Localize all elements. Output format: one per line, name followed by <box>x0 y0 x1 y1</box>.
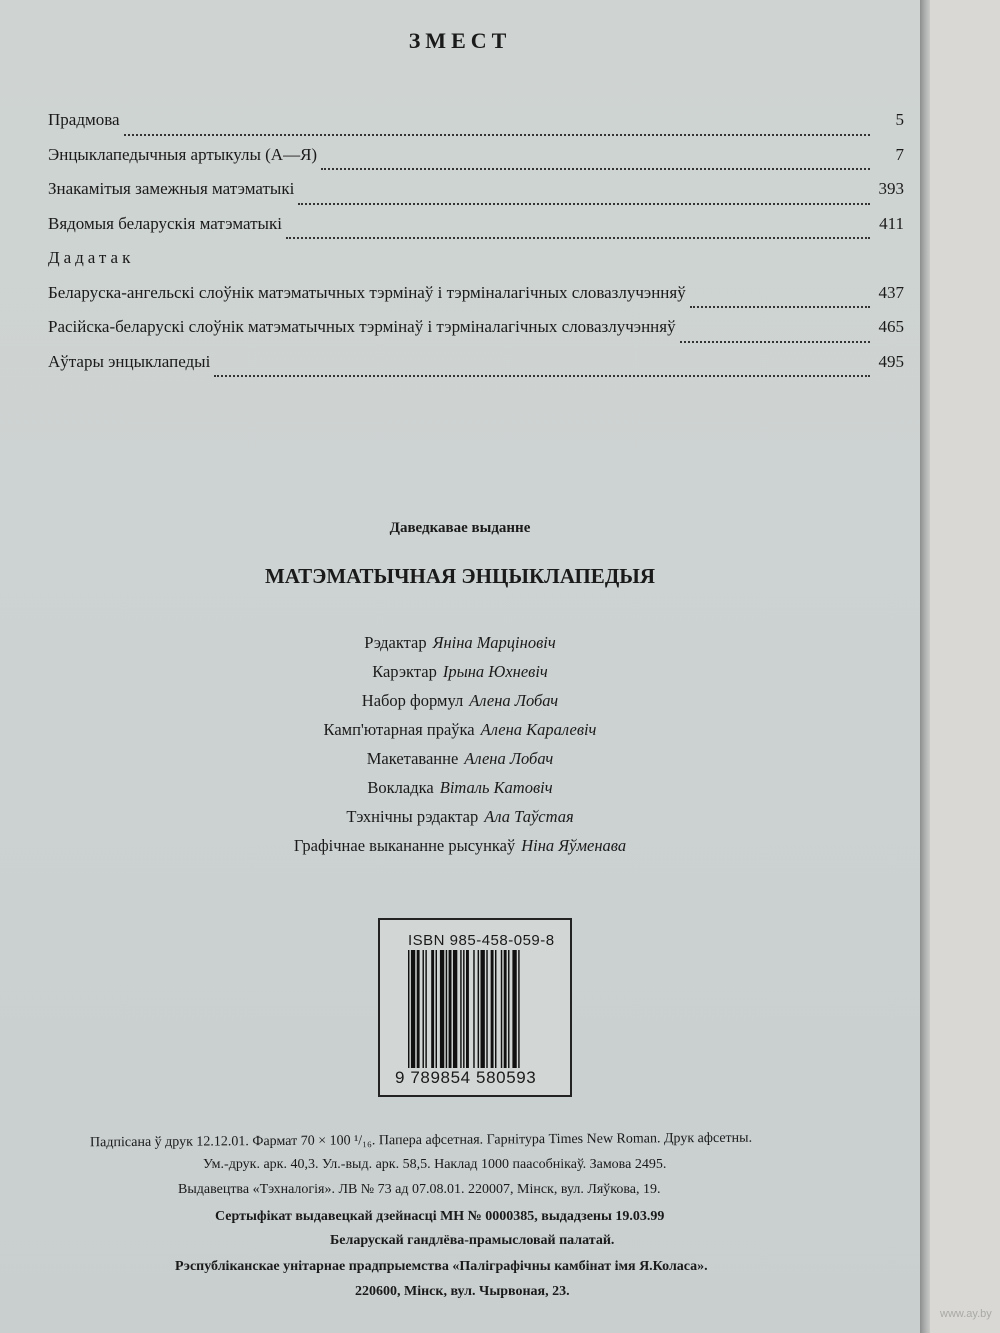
credit-name: Віталь Катовіч <box>440 778 553 797</box>
credit-role: Камп'ютарная праўка <box>324 720 475 739</box>
credit-name: Ніна Яўменава <box>521 836 626 855</box>
dot-leader <box>298 202 870 205</box>
toc-entry-page: 465 <box>874 317 904 337</box>
toc-entry-page: 393 <box>874 179 904 199</box>
toc-entry: Вядомыя беларускія матэматыкі 411 <box>48 214 904 249</box>
toc-entry: Энцыклапедычныя артыкулы (А—Я) 7 <box>48 145 904 180</box>
toc-entry-label: Энцыклапедычныя артыкулы (А—Я) <box>48 145 317 165</box>
imprint-line: Беларускай гандлёва-прамысловай палатай. <box>330 1233 614 1249</box>
page-spine-edge <box>920 0 930 1333</box>
credit-name: Алена Лобач <box>464 749 553 768</box>
toc-entry-page: 495 <box>874 352 904 372</box>
imprint-line: Падпісана ў друк 12.12.01. Фармат 70 × 1… <box>90 1131 752 1152</box>
credit-row: МакетаваннеАлена Лобач <box>0 749 920 778</box>
isbn-label: ISBN 985-458-059-8 <box>408 932 555 949</box>
dot-leader <box>321 167 870 170</box>
imprint-line: Рэспубліканскае унітарнае прадпрыемства … <box>175 1259 708 1275</box>
toc-entry-label: Знакамітыя замежныя матэматыкі <box>48 179 294 199</box>
toc-entry-page: 5 <box>874 110 904 130</box>
credit-name: Ірына Юхневіч <box>443 662 548 681</box>
toc-entry-label: Расійска-беларускі слоўнік матэматычных … <box>48 317 676 337</box>
imprint-line: Ум.-друк. арк. 40,3. Ул.-выд. арк. 58,5.… <box>203 1157 666 1173</box>
toc-entry-label: Вядомыя беларускія матэматыкі <box>48 214 282 234</box>
toc-entry-page: 437 <box>874 283 904 303</box>
credit-role: Вокладка <box>367 778 433 797</box>
credit-name: Алена Каралевіч <box>481 720 597 739</box>
credit-row: Графічнае выкананне рысункаўНіна Яўменав… <box>0 836 920 865</box>
credit-role: Рэдактар <box>364 633 426 652</box>
credits-list: РэдактарЯніна Марціновіч КарэктарІрына Ю… <box>0 633 920 865</box>
credit-row: ВокладкаВіталь Катовіч <box>0 778 920 807</box>
credit-role: Графічнае выкананне рысункаў <box>294 836 515 855</box>
imprint-line: Сертыфікат выдавецкай дзейнасці МН № 000… <box>215 1209 664 1225</box>
toc-entry: Аўтары энцыклапедыі 495 <box>48 352 904 387</box>
dot-leader <box>124 133 870 136</box>
toc-entry: Расійска-беларускі слоўнік матэматычных … <box>48 317 904 352</box>
watermark: www.ay.by <box>940 1308 992 1320</box>
credit-name: Ала Таўстая <box>484 807 573 826</box>
ean-number: 9 789854 580593 <box>394 1068 537 1088</box>
toc-entry: Прадмова 5 <box>48 110 904 145</box>
credit-name: Алена Лобач <box>469 691 558 710</box>
edition-type: Даведкавае выданне <box>0 520 920 537</box>
book-page: ЗМЕСТ Прадмова 5 Энцыклапедычныя артыкул… <box>0 0 920 1333</box>
imprint-line: Выдавецтва «Тэхналогія». ЛВ № 73 ад 07.0… <box>178 1182 661 1198</box>
dot-leader <box>214 374 870 377</box>
dot-leader <box>286 236 870 239</box>
toc-entry-label: Прадмова <box>48 110 120 130</box>
adjacent-page <box>930 0 1000 1333</box>
toc-entry: Знакамітыя замежныя матэматыкі 393 <box>48 179 904 214</box>
toc-entry: Беларуска-ангельскі слоўнік матэматычных… <box>48 283 904 318</box>
table-of-contents: Прадмова 5 Энцыклапедычныя артыкулы (А—Я… <box>48 110 904 386</box>
toc-entry-label: Беларуска-ангельскі слоўнік матэматычных… <box>48 283 686 303</box>
toc-entry-page: 7 <box>874 145 904 165</box>
toc-entry-page: 411 <box>874 214 904 234</box>
credit-name: Яніна Марціновіч <box>433 633 556 652</box>
toc-entry-label: Аўтары энцыклапедыі <box>48 352 210 372</box>
imprint-line: 220600, Мінск, вул. Чырвоная, 23. <box>355 1284 570 1300</box>
credit-role: Карэктар <box>372 662 437 681</box>
toc-appendix-heading: Дадатак <box>48 248 904 283</box>
credit-row: КарэктарІрына Юхневіч <box>0 662 920 691</box>
credit-row: РэдактарЯніна Марціновіч <box>0 633 920 662</box>
dot-leader <box>680 340 870 343</box>
credit-row: Набор формулАлена Лобач <box>0 691 920 720</box>
credit-role: Макетаванне <box>367 749 459 768</box>
credit-row: Тэхнічны рэдактарАла Таўстая <box>0 807 920 836</box>
isbn-barcode-box: ISBN 985-458-059-8 9 789854 580593 <box>378 918 572 1097</box>
credit-row: Камп'ютарная праўкаАлена Каралевіч <box>0 720 920 749</box>
dot-leader <box>690 305 870 308</box>
credit-role: Тэхнічны рэдактар <box>346 807 478 826</box>
toc-title: ЗМЕСТ <box>0 28 920 54</box>
book-title: МАТЭМАТЫЧНАЯ ЭНЦЫКЛАПЕДЫЯ <box>0 564 920 589</box>
barcode-icon <box>408 950 556 1080</box>
credit-role: Набор формул <box>362 691 463 710</box>
